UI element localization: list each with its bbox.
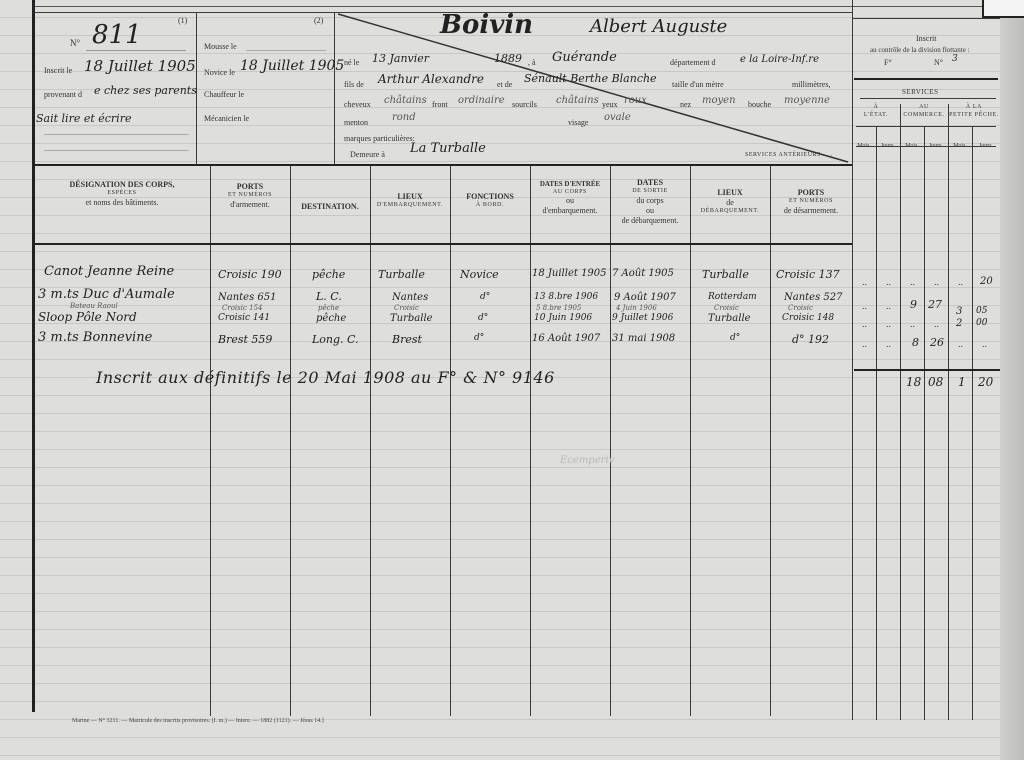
- surname: Boivin: [440, 10, 533, 40]
- chauffeur-label: Chauffeur le: [204, 90, 244, 99]
- row2-fonction: d°: [480, 292, 490, 302]
- svc-r1-c3: ..: [910, 278, 915, 287]
- header-ports-armement-sub: et numéros: [212, 192, 288, 200]
- sourcils-label: sourcils: [512, 100, 537, 109]
- svc-r4-c1: ..: [862, 340, 867, 349]
- svc-r2-c3: 9: [910, 298, 917, 311]
- row3-date-sortie-above: 4 Juin 1906: [616, 304, 657, 312]
- row1-fonction: Novice: [460, 268, 499, 281]
- row4-date-entree: 16 Août 1907: [532, 333, 600, 344]
- scan-corner-tab: [982, 0, 1024, 18]
- birth-date: 13 Janvier: [372, 52, 429, 65]
- svc-r3-c6: 00: [976, 318, 987, 328]
- at-label: , à: [528, 58, 536, 67]
- svc-r3-c2: ..: [886, 320, 891, 329]
- svc-r4-c6: ..: [982, 340, 987, 349]
- row3-port-armement-above: Croisic 154: [222, 304, 263, 312]
- literacy-note: Sait lire et écrire: [36, 112, 131, 125]
- left-border: [32, 0, 35, 712]
- svc-r1-c6: 20: [980, 276, 993, 287]
- service-group-peche-top: à la: [948, 104, 1000, 112]
- svc-r1-c4: ..: [934, 278, 939, 287]
- services-anterieurs-label: Services antérieurs . . .: [745, 152, 833, 158]
- row3-lieu-embarquement: Turballe: [390, 313, 433, 324]
- svc-r2-c6: 05: [976, 306, 987, 316]
- service-group-state: l'état.: [852, 112, 900, 120]
- svc-r1-c1: ..: [862, 278, 867, 287]
- row3-lieu-embarquement-above: Croisic: [394, 304, 419, 312]
- header-lieux-embarquement-sub: d'embarquement.: [372, 202, 448, 210]
- row2-lieu-debarquement: Rotterdam: [708, 292, 757, 302]
- header-lieux-debarquement-sub: de: [692, 198, 768, 208]
- svc-r2-c2: ..: [886, 302, 891, 311]
- row1-designation: Canot Jeanne Reine: [44, 264, 174, 279]
- row2-designation: 3 m.ts Duc d'Aumale: [38, 287, 175, 302]
- service-group-state-top: à: [852, 104, 900, 112]
- total-jours-commerce: 08: [928, 375, 943, 389]
- faint-watermark: Ecemperiv: [560, 455, 614, 466]
- total-mois-peche: 1: [958, 375, 966, 389]
- row2-port-armement: Nantes 651: [218, 292, 277, 303]
- row3-lieu-debarquement: Turballe: [708, 313, 751, 324]
- svc-r4-c3: 8: [912, 336, 919, 349]
- header-dates-entree-sub: au corps: [532, 189, 608, 197]
- bouche-label: bouche: [748, 100, 771, 109]
- row4-lieu-embarquement: Brest: [392, 333, 422, 346]
- svc-r4-c2: ..: [886, 340, 891, 349]
- header-lieux-embarquement: LIEUX: [372, 192, 448, 202]
- box2-ref: (2): [314, 16, 323, 25]
- novice-label: Novice le: [204, 68, 235, 77]
- mecanicien-label: Mécanicien le: [204, 114, 249, 123]
- row3-date-entree: 10 Juin 1906: [534, 313, 592, 323]
- svc-r1-c5: ..: [958, 278, 963, 287]
- header-ports-desarmement-sub2: de désarmement.: [772, 206, 850, 216]
- provenant-value: e chez ses parents: [94, 84, 197, 97]
- row1-lieu-embarquement: Turballe: [378, 268, 425, 281]
- number-label: N°: [934, 58, 943, 67]
- row3-fonction: d°: [478, 313, 488, 323]
- birth-year: 1889: [494, 52, 522, 65]
- given-names: Albert Auguste: [590, 16, 727, 37]
- row4-port-armement: Brest 559: [218, 333, 272, 346]
- row1-lieu-debarquement: Turballe: [702, 268, 749, 281]
- sourcils-value: châtains: [556, 95, 599, 106]
- menton-label: menton: [344, 118, 368, 127]
- control-line2: au contrôle de la division flottante :: [870, 46, 970, 54]
- header-ports-armement: PORTS: [212, 182, 288, 192]
- header-destination: DESTINATION.: [292, 202, 368, 212]
- header-fonctions: FONCTIONS: [452, 192, 528, 202]
- header-dates-sortie-sub2: du corps: [612, 196, 688, 206]
- residence-value: La Turballe: [410, 141, 486, 156]
- row3-designation-above: Bateau Raoul: [70, 302, 118, 310]
- inscrit-label: Inscrit le: [44, 66, 72, 75]
- father-label: fils de: [344, 80, 364, 89]
- header-designation: DÉSIGNATION DES CORPS,: [36, 180, 208, 190]
- svc-r2-c4: 27: [928, 298, 942, 311]
- svc-r2-c5: 3: [956, 306, 962, 317]
- row2-destination: L. C.: [316, 290, 342, 303]
- header-ports-desarmement-sub: et numéros: [772, 198, 850, 206]
- taille-label: taille d'un mètre: [672, 80, 724, 89]
- number-value: 3: [952, 54, 958, 64]
- header-lieux-debarquement: LIEUX: [692, 188, 768, 198]
- nez-label: nez: [680, 100, 691, 109]
- row3-port-desarmement: Croisic 148: [782, 313, 834, 323]
- cheveux-value: châtains: [384, 95, 427, 106]
- header-designation-sub: espèces: [36, 190, 208, 198]
- departement-label: département d: [670, 58, 716, 67]
- row3-date-entree-above: 5 8.bre 1905: [536, 304, 581, 312]
- mother-label: et de: [497, 80, 512, 89]
- header-lieux-debarquement-sub2: débarquement.: [692, 208, 768, 216]
- registry-number: 811: [92, 20, 142, 50]
- row3-destination: pêche: [316, 313, 346, 324]
- menton-value: rond: [392, 112, 416, 123]
- total-jours-peche: 20: [978, 375, 993, 389]
- registry-page: (1) N° 811 Inscrit le 18 Juillet 1905 pr…: [0, 0, 1024, 760]
- inscrit-date: 18 Juillet 1905: [84, 57, 196, 75]
- born-label: né le: [344, 58, 359, 67]
- folio-label: F°: [884, 58, 892, 67]
- row2-port-desarmement: Nantes 527: [784, 292, 843, 303]
- header-designation-sub2: et noms des bâtiments.: [36, 198, 208, 208]
- svc-r3-c3: ..: [910, 320, 915, 329]
- svc-r1-c2: ..: [886, 278, 891, 287]
- row3-port-armement: Croisic 141: [218, 313, 270, 323]
- row4-designation: 3 m.ts Bonnevine: [38, 330, 152, 345]
- row2-date-entree: 13 8.bre 1906: [534, 292, 598, 302]
- row1-port-desarmement: Croisic 137: [776, 268, 840, 281]
- demeure-label: Demeure à: [350, 150, 385, 159]
- no-label: N°: [70, 38, 80, 48]
- header-dates-entree-sub2: ou: [532, 196, 608, 206]
- row4-lieu-debarquement: d°: [730, 333, 740, 343]
- row3-destination-above: pêche: [318, 304, 339, 312]
- row3-lieu-debarquement-above: Croisic: [714, 304, 739, 312]
- departement-value: e la Loire-Inf.re: [740, 54, 819, 65]
- header-ports-desarmement: PORTS: [772, 188, 850, 198]
- service-group-commerce: commerce.: [900, 112, 948, 120]
- total-mois-commerce: 18: [906, 375, 921, 389]
- row4-port-desarmement: d° 192: [792, 333, 829, 346]
- service-group-commerce-top: au: [900, 104, 948, 112]
- row3-date-sortie: 9 Juillet 1906: [612, 313, 673, 323]
- definitive-inscription-note: Inscrit aux définitifs le 20 Mai 1908 au…: [96, 368, 555, 387]
- visage-label: visage: [568, 118, 588, 127]
- bouche-value: moyenne: [784, 95, 830, 106]
- header-dates-sortie-sub: de sortie: [612, 188, 688, 196]
- row1-date-entree: 18 Juillet 1905: [532, 268, 607, 279]
- svc-r4-c4: 26: [930, 336, 944, 349]
- row4-date-sortie: 31 mai 1908: [612, 333, 675, 344]
- front-label: front: [432, 100, 448, 109]
- box1-ref: (1): [178, 16, 187, 25]
- header-dates-sortie-sub3: ou: [612, 206, 688, 216]
- row2-lieu-embarquement: Nantes: [392, 292, 428, 303]
- header-dates-entree: DATES D'ENTRÉE: [532, 180, 608, 189]
- header-ports-armement-sub2: d'armement.: [212, 200, 288, 210]
- yeux-label: yeux: [602, 100, 618, 109]
- header-dates-entree-sub3: d'embarquement.: [532, 206, 608, 216]
- svc-r3-c1: ..: [862, 320, 867, 329]
- header-dates-sortie-sub4: de débarquement.: [612, 216, 688, 226]
- birth-place: Guérande: [552, 50, 617, 65]
- row1-port-armement: Croisic 190: [218, 268, 282, 281]
- mousse-label: Mousse le: [204, 42, 237, 51]
- row2-date-sortie: 9 Août 1907: [614, 292, 676, 303]
- svc-r3-c4: ..: [934, 320, 939, 329]
- control-line1: Inscrit: [916, 34, 936, 43]
- row4-fonction: d°: [474, 333, 484, 343]
- row3-port-desarmement-above: Croisic: [788, 304, 813, 312]
- svc-r2-c1: ..: [862, 302, 867, 311]
- service-group-peche: petite pêche.: [948, 112, 1000, 120]
- front-value: ordinaire: [458, 95, 505, 106]
- provenant-label: provenant d: [44, 90, 82, 99]
- services-title: SERVICES: [902, 88, 939, 96]
- yeux-value: roux: [624, 95, 647, 106]
- header-dates-sortie: DATES: [612, 178, 688, 188]
- novice-date: 18 Juillet 1905: [240, 58, 344, 74]
- mother-name: Sénault Berthe Blanche: [524, 72, 657, 85]
- svc-r3-c5: 2: [956, 318, 962, 329]
- visage-value: ovale: [604, 112, 631, 123]
- scan-edge: [1000, 0, 1024, 760]
- mm-label: millimètres,: [792, 80, 830, 89]
- form-footer: Marine — N° 3211. — Matricule des inscri…: [72, 718, 324, 724]
- svc-r4-c5: ..: [958, 340, 963, 349]
- row1-date-sortie: 7 Août 1905: [612, 268, 674, 279]
- row4-destination: Long. C.: [312, 333, 359, 346]
- row1-destination: pêche: [312, 268, 345, 281]
- row3-designation: Sloop Pôle Nord: [38, 310, 137, 324]
- cheveux-label: cheveux: [344, 100, 371, 109]
- nez-value: moyen: [702, 95, 736, 106]
- father-name: Arthur Alexandre: [378, 72, 484, 86]
- marques-label: marques particulières:: [344, 134, 415, 143]
- header-fonctions-sub: à bord.: [452, 202, 528, 210]
